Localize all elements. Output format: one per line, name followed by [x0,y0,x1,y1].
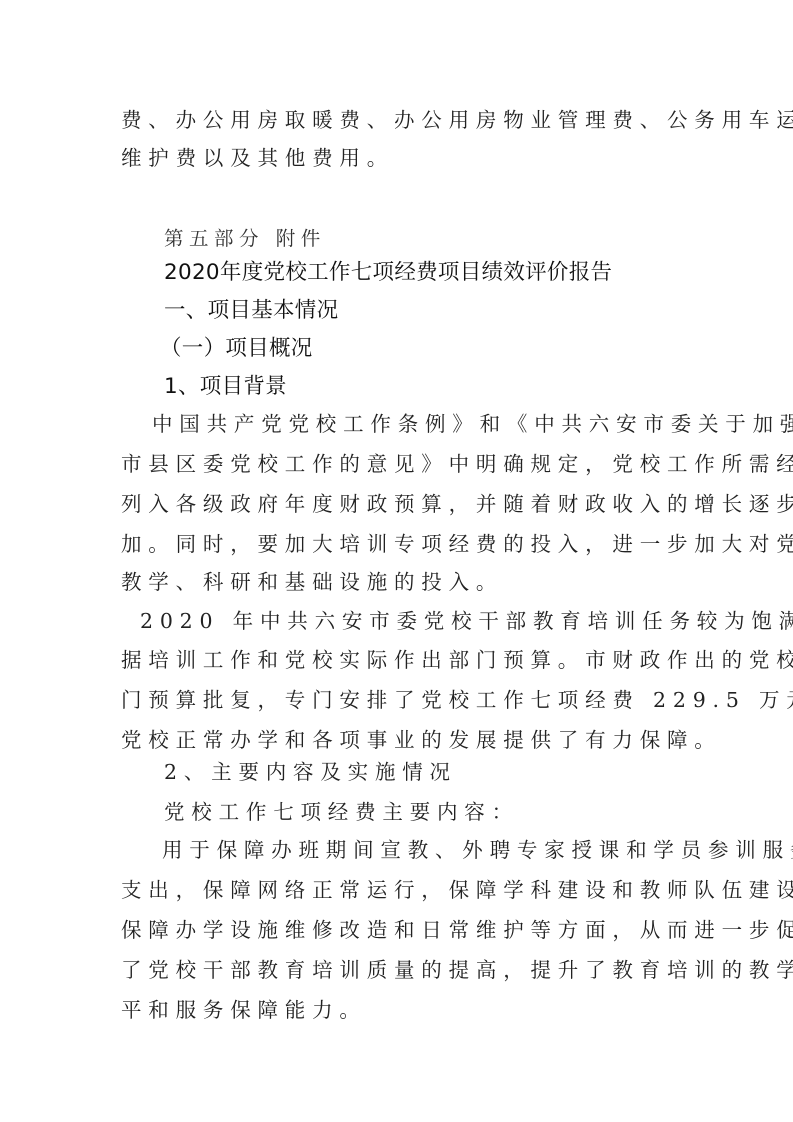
paragraph-line: 平和服务保障能力。 [121,1000,367,1021]
paragraph-line: 了党校干部教育培训质量的提高，提升了教育培训的教学水 [121,960,793,981]
heading-basic-info: 一、项目基本情况 [164,300,338,322]
paragraph-line: 党校正常办学和各项事业的发展提供了有力保障。 [121,730,722,751]
heading-project-overview: （一）项目概况 [160,338,313,360]
paragraph-line: 教学、科研和基础设施的投入。 [121,572,503,593]
paragraph-line: 支出，保障网络正常运行，保障学科建设和教师队伍建设， [121,880,793,901]
paragraph-line: 2020 年中共六安市委党校干部教育培训任务较为饱满，根 [140,611,793,632]
paragraph-line: 中国共产党党校工作条例》和《中共六安市委关于加强 [152,414,793,435]
paragraph-line: 保障办学设施维修改造和日常维护等方面，从而进一步促进 [121,920,793,941]
content-intro: 党校工作七项经费主要内容： [164,802,519,823]
paragraph-line: 用于保障办班期间宣教、外聘专家授课和学员参训服务 [162,840,793,861]
report-title: 2020年度党校工作七项经费项目绩效评价报告 [164,262,612,284]
heading-project-background: 1、项目背景 [164,376,287,398]
paragraph-line: 加。同时，要加大培训专项经费的投入，进一步加大对党校 [121,534,793,555]
continued-text-line-1: 费、办公用房取暖费、办公用房物业管理费、公务用车运行 [121,110,793,131]
paragraph-line: 据培训工作和党校实际作出部门预算。市财政作出的党校部 [121,650,793,671]
paragraph-line: 市县区委党校工作的意见》中明确规定，党校工作所需经费 [121,454,793,475]
paragraph-line: 列入各级政府年度财政预算，并随着财政收入的增长逐步增 [121,494,793,515]
paragraph-line: 门预算批复，专门安排了党校工作七项经费 229.5 万元，为 [121,690,793,711]
heading-content-implementation: 2、主要内容及实施情况 [164,762,457,783]
section-label: 第五部分 附件 [164,229,326,249]
continued-text-line-2: 维护费以及其他费用。 [121,148,394,169]
